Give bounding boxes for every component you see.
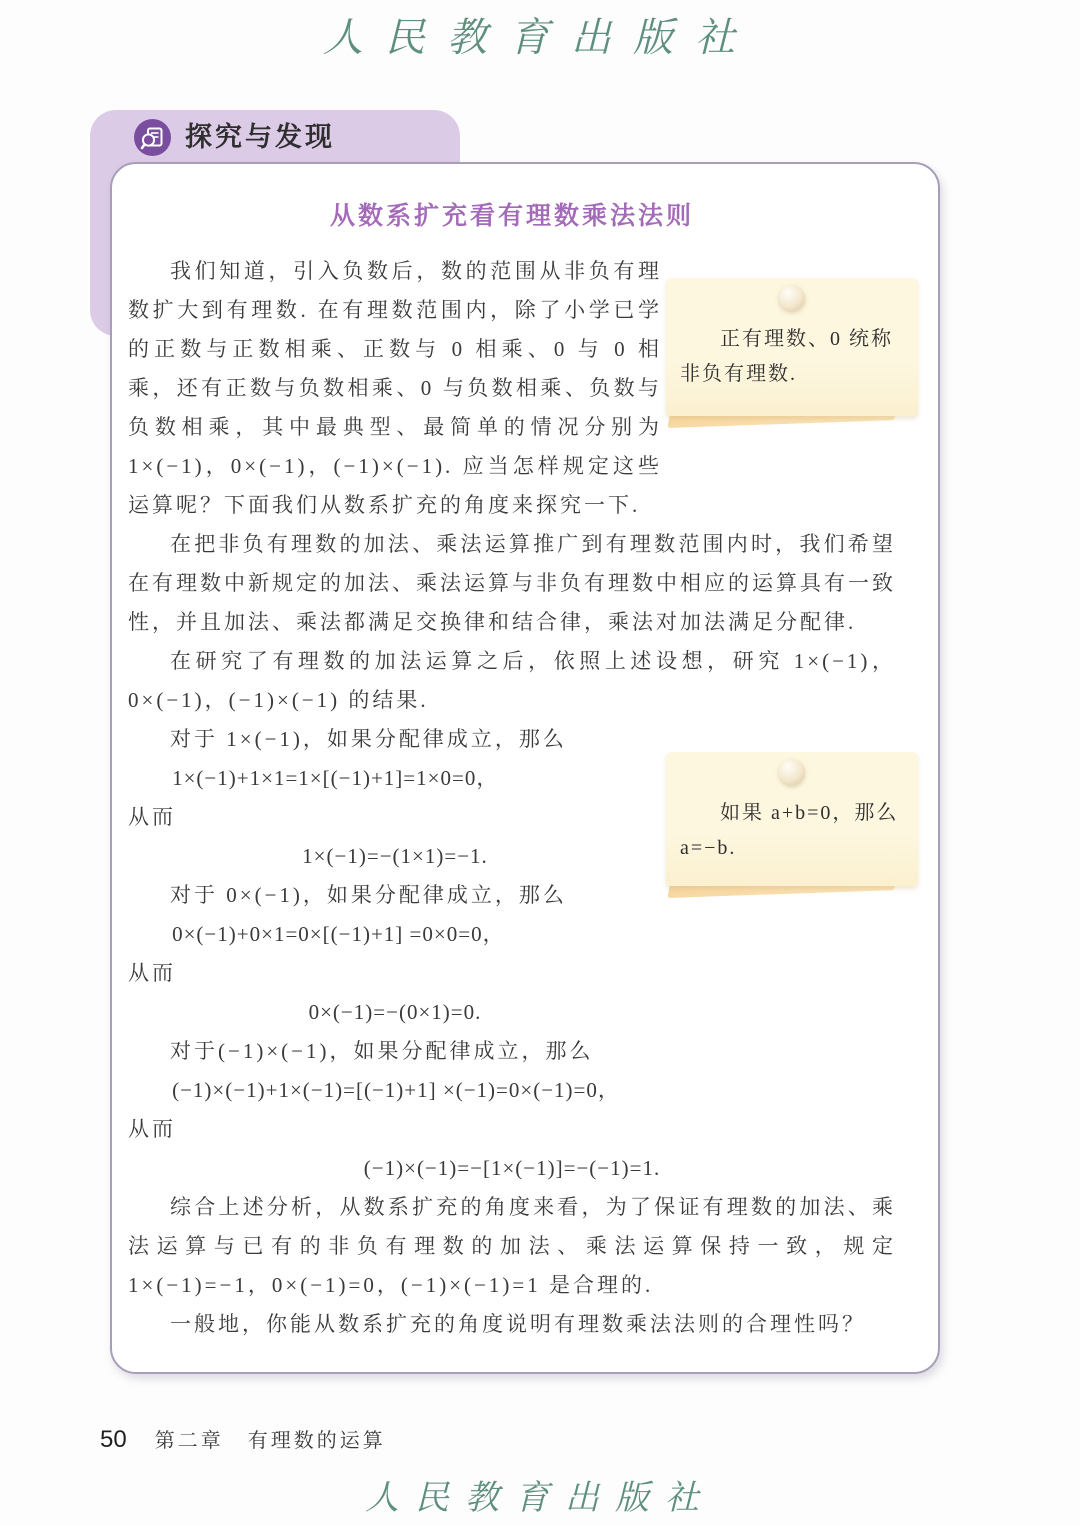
text-block: 我们知道，引入负数后，数的范围从非负有理数扩大到有理数. 在有理数范围内，除了小… [128, 252, 662, 525]
text-block: 在把非负有理数的加法、乘法运算推广到有理数范围内时，我们希望在有理数中新规定的加… [128, 525, 896, 642]
section-tab-label: 探究与发现 [185, 119, 335, 156]
margin-note-opposite: 如果 a+b=0，那么 a=−b. [666, 752, 918, 886]
text-block: 0×(−1)+0×1=0×[(−1)+1] =0×0=0， [172, 915, 896, 954]
margin-note-nonnegative: 正有理数、0 统称 非负有理数. [666, 278, 918, 416]
note-line: 非负有理数. [680, 357, 904, 392]
text-block: 在研究了有理数的加法运算之后，依照上述设想，研究 1×(−1)，0×(−1)，(… [128, 642, 896, 720]
explore-magnifier-document-icon [134, 119, 171, 156]
publisher-watermark-top: 人民教育出版社 [0, 6, 1080, 63]
chapter-title: 有理数的运算 [248, 1424, 386, 1453]
text-block: 综合上述分析，从数系扩充的角度来看，为了保证有理数的加法、乘法运算与已有的非负有… [128, 1188, 896, 1305]
note-line: a=−b. [680, 831, 904, 866]
text-block: 0×(−1)=−(0×1)=0. [128, 993, 662, 1032]
text-block: 1×(−1)=−(1×1)=−1. [128, 837, 662, 876]
chapter-label: 第二章 [155, 1424, 224, 1453]
text-block: 从而 [128, 954, 896, 993]
text-block: 从而 [128, 1110, 896, 1149]
publisher-watermark-bottom: 人民教育出版社 [0, 1470, 1080, 1519]
text-block: (−1)×(−1)+1×(−1)=[(−1)+1] ×(−1)=0×(−1)=0… [172, 1071, 896, 1110]
text-block: 从而 [128, 798, 662, 837]
page-number: 50 [100, 1426, 127, 1454]
chapter-info: 第二章 有理数的运算 [155, 1424, 386, 1453]
note-line: 正有理数、0 统称 [680, 322, 904, 357]
text-block: 对于(−1)×(−1)，如果分配律成立，那么 [128, 1032, 896, 1071]
page-footer: 50 第二章 有理数的运算 [100, 1424, 386, 1454]
text-block: 1×(−1)+1×1=1×[(−1)+1]=1×0=0， [172, 759, 662, 798]
text-block: (−1)×(−1)=−[1×(−1)]=−(−1)=1. [128, 1149, 896, 1188]
pearl-pin-icon [779, 285, 805, 311]
text-block: 对于 1×(−1)，如果分配律成立，那么 [128, 720, 662, 759]
textbook-page: 人民教育出版社 探究与发现 从数系扩充看有理数乘法法则 我们知道，引入负数后，数… [0, 0, 1080, 1526]
article-title: 从数系扩充看有理数乘法法则 [128, 196, 896, 232]
text-block: 一般地，你能从数系扩充的角度说明有理数乘法法则的合理性吗？ [128, 1305, 896, 1344]
pearl-pin-icon [779, 759, 805, 785]
section-tab-row: 探究与发现 [134, 119, 335, 156]
note-line: 如果 a+b=0，那么 [680, 796, 904, 831]
article-box: 从数系扩充看有理数乘法法则 我们知道，引入负数后，数的范围从非负有理数扩大到有理… [110, 162, 940, 1374]
